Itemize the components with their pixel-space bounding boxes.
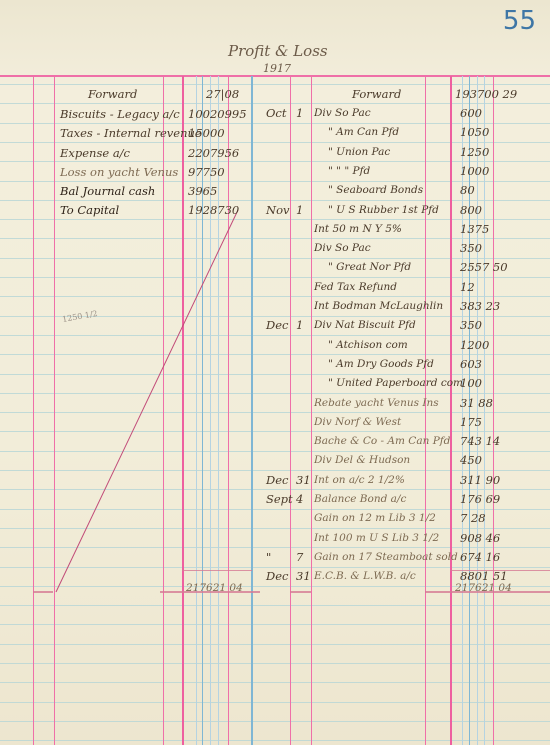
right-entry-description: " U S Rubber 1st Pfd	[328, 203, 439, 217]
right-entry-amount: 1375	[460, 222, 489, 236]
right-entry-day: 1	[296, 203, 303, 217]
right-entry-month: "	[266, 550, 271, 564]
left-entry-amount: 15000	[188, 126, 225, 140]
right-entry-amount: 450	[460, 453, 482, 467]
right-entry-description: Int 50 m N Y 5%	[314, 222, 402, 236]
right-entry-amount: 1050	[460, 125, 489, 139]
right-entry-amount: 350	[460, 241, 482, 255]
right-entry-description: " Atchison com	[328, 338, 408, 352]
right-entry-day: 4	[296, 492, 303, 506]
right-entry-month: Sept	[266, 492, 293, 506]
right-entry-day: 31	[296, 473, 311, 487]
right-entry-description: Int on a/c 2 1/2%	[314, 473, 405, 487]
right-entry-description: Div Nat Biscuit Pfd	[314, 318, 416, 332]
right-entry-description: " United Paperboard com	[328, 376, 463, 390]
right-entry-amount: 1000	[460, 164, 489, 178]
left-entry-description: Loss on yacht Venus	[60, 165, 178, 179]
left-entry-amount: 3965	[188, 184, 217, 198]
right-entry-amount: 674 16	[460, 550, 500, 564]
right-entry-description: " " " Pfd	[328, 164, 370, 178]
right-entry-description: Rebate yacht Venus Ins	[314, 396, 439, 410]
left-entry-amount: 10020995	[188, 107, 247, 121]
right-entry-month: Dec	[266, 318, 288, 332]
right-entry-day: 7	[296, 550, 303, 564]
right-entry-month: Nov	[266, 203, 289, 217]
right-entry-amount: 80	[460, 183, 475, 197]
right-entry-day: 1	[296, 318, 303, 332]
right-entry-description: Balance Bond a/c	[314, 492, 406, 506]
right-entry-amount: 908 46	[460, 531, 500, 545]
right-entry-amount: 603	[460, 357, 482, 371]
right-entry-month: Dec	[266, 473, 288, 487]
left-entry-description: Expense a/c	[60, 146, 130, 160]
right-entry-description: " Am Can Pfd	[328, 125, 399, 139]
right-entry-description: " Union Pac	[328, 145, 390, 159]
right-entry-amount: 31 88	[460, 396, 493, 410]
right-entry-amount: 350	[460, 318, 482, 332]
right-entry-description: Gain on 12 m Lib 3 1/2	[314, 511, 436, 525]
right-entry-day: 31	[296, 569, 311, 583]
left-forward-amount: 27|08	[206, 87, 239, 101]
right-entry-amount: 175	[460, 415, 482, 429]
right-entry-description: " Great Nor Pfd	[328, 260, 411, 274]
right-entry-month: Dec	[266, 569, 288, 583]
right-entry-description: Div Del & Hudson	[314, 453, 410, 467]
total-rule	[182, 570, 252, 571]
right-entry-description: Div So Pac	[314, 106, 371, 120]
total-rule	[450, 570, 550, 571]
left-entry-description: Bal Journal cash	[60, 184, 155, 198]
right-entry-amount: 800	[460, 203, 482, 217]
right-entry-amount: 311 90	[460, 473, 500, 487]
left-entry-description: To Capital	[60, 203, 119, 217]
right-entry-description: Gain on 17 Steamboat sold	[314, 550, 458, 564]
right-entry-description: Fed Tax Refund	[314, 280, 397, 294]
total-rule	[33, 591, 53, 593]
right-forward-amount: 193700 29	[455, 87, 517, 101]
right-entry-description: Div Norf & West	[314, 415, 401, 429]
left-entry-description: Taxes - Internal revenue	[60, 126, 202, 140]
right-entry-description: Div So Pac	[314, 241, 371, 255]
right-entry-description: " Am Dry Goods Pfd	[328, 357, 434, 371]
left-entry-amount: 2207956	[188, 146, 239, 160]
right-entry-description: " Seaboard Bonds	[328, 183, 423, 197]
ledger-page: 55 Profit & Loss 1917 1250 1/2 Forward 2…	[0, 0, 550, 745]
left-forward-label: Forward	[88, 87, 137, 101]
right-entry-amount: 100	[460, 376, 482, 390]
right-entry-description: E.C.B. & L.W.B. a/c	[314, 569, 416, 583]
right-entry-description: Bache & Co - Am Can Pfd	[314, 434, 450, 448]
right-entry-amount: 383 23	[460, 299, 500, 313]
total-rule	[290, 591, 311, 593]
left-entry-amount: 1928730	[188, 203, 239, 217]
right-entry-amount: 600	[460, 106, 482, 120]
right-entry-amount: 12	[460, 280, 475, 294]
right-entry-amount: 7 28	[460, 511, 486, 525]
right-total: 217621 04	[455, 581, 512, 595]
left-entry-amount: 97750	[188, 165, 225, 179]
right-entry-description: Int 100 m U S Lib 3 1/2	[314, 531, 439, 545]
right-entry-amount: 1200	[460, 338, 489, 352]
right-forward-label: Forward	[352, 87, 401, 101]
right-entry-amount: 1250	[460, 145, 489, 159]
right-entry-amount: 2557 50	[460, 260, 508, 274]
right-entry-description: Int Bodman McLaughlin	[314, 299, 443, 313]
left-total: 217621 04	[186, 581, 243, 595]
right-entry-amount: 743 14	[460, 434, 500, 448]
right-entry-amount: 176 69	[460, 492, 500, 506]
left-entry-description: Biscuits - Legacy a/c	[60, 107, 180, 121]
right-entry-month: Oct	[266, 106, 287, 120]
right-entry-day: 1	[296, 106, 303, 120]
